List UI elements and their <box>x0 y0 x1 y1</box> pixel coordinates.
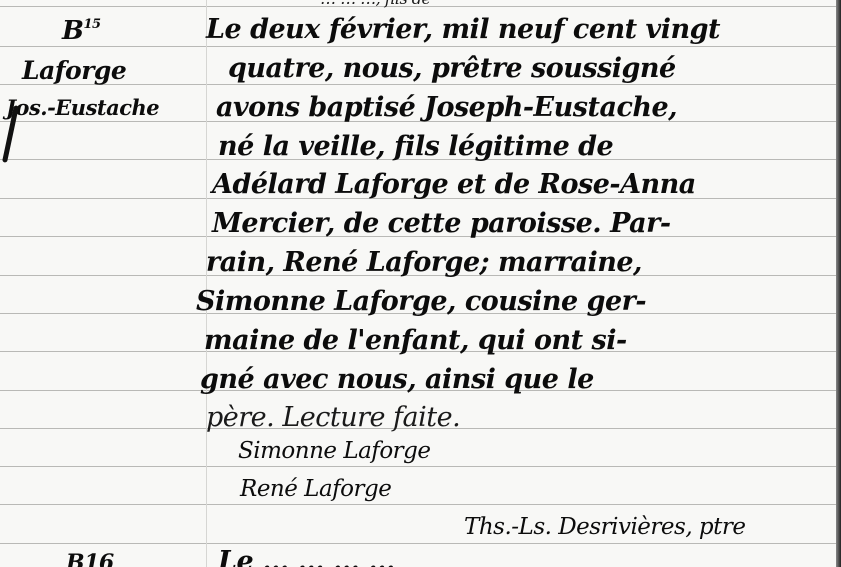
record-line: avons baptisé Joseph-Eustache, <box>216 94 677 121</box>
entry-number-letter: B <box>62 16 83 46</box>
signature-godmother: Simonne Laforge <box>238 440 431 463</box>
record-line: rain, René Laforge; marraine, <box>206 249 642 276</box>
record-line: Mercier, de cette paroisse. Par- <box>212 210 671 237</box>
ruled-line <box>0 466 836 467</box>
record-line: quatre, nous, prêtre soussigné <box>228 55 676 82</box>
ruled-line <box>0 504 836 505</box>
ruled-line <box>0 46 836 47</box>
entry-number: B15 <box>62 18 101 44</box>
signature-godfather: René Laforge <box>240 478 391 501</box>
record-line: Le deux février, mil neuf cent vingt <box>206 16 720 43</box>
margin-given-names: Jos.-Eustache <box>6 97 159 118</box>
next-entry-first-line: Le … … … … <box>218 548 395 567</box>
record-line: Simonne Laforge, cousine ger- <box>196 288 646 315</box>
page-edge <box>836 0 841 567</box>
top-cut-line: … … …, fils de <box>320 0 431 7</box>
entry-number-sup: 15 <box>83 17 100 32</box>
record-line: gné avec nous, ainsi que le <box>200 366 594 393</box>
register-page: … … …, fils de B15 Laforge Jos.-Eustache… <box>0 0 841 567</box>
ruled-line <box>0 543 836 544</box>
record-line: père. Lecture faite. <box>206 404 460 431</box>
next-entry-number: B16 <box>66 552 114 567</box>
record-line: né la veille, fils légitime de <box>218 133 613 160</box>
margin-line <box>206 0 207 567</box>
record-line: Adélard Laforge et de Rose-Anna <box>212 171 696 198</box>
record-line: maine de l'enfant, qui ont si- <box>204 327 627 354</box>
signature-priest: Ths.-Ls. Desrivières, ptre <box>464 516 746 539</box>
margin-surname: Laforge <box>22 58 126 83</box>
